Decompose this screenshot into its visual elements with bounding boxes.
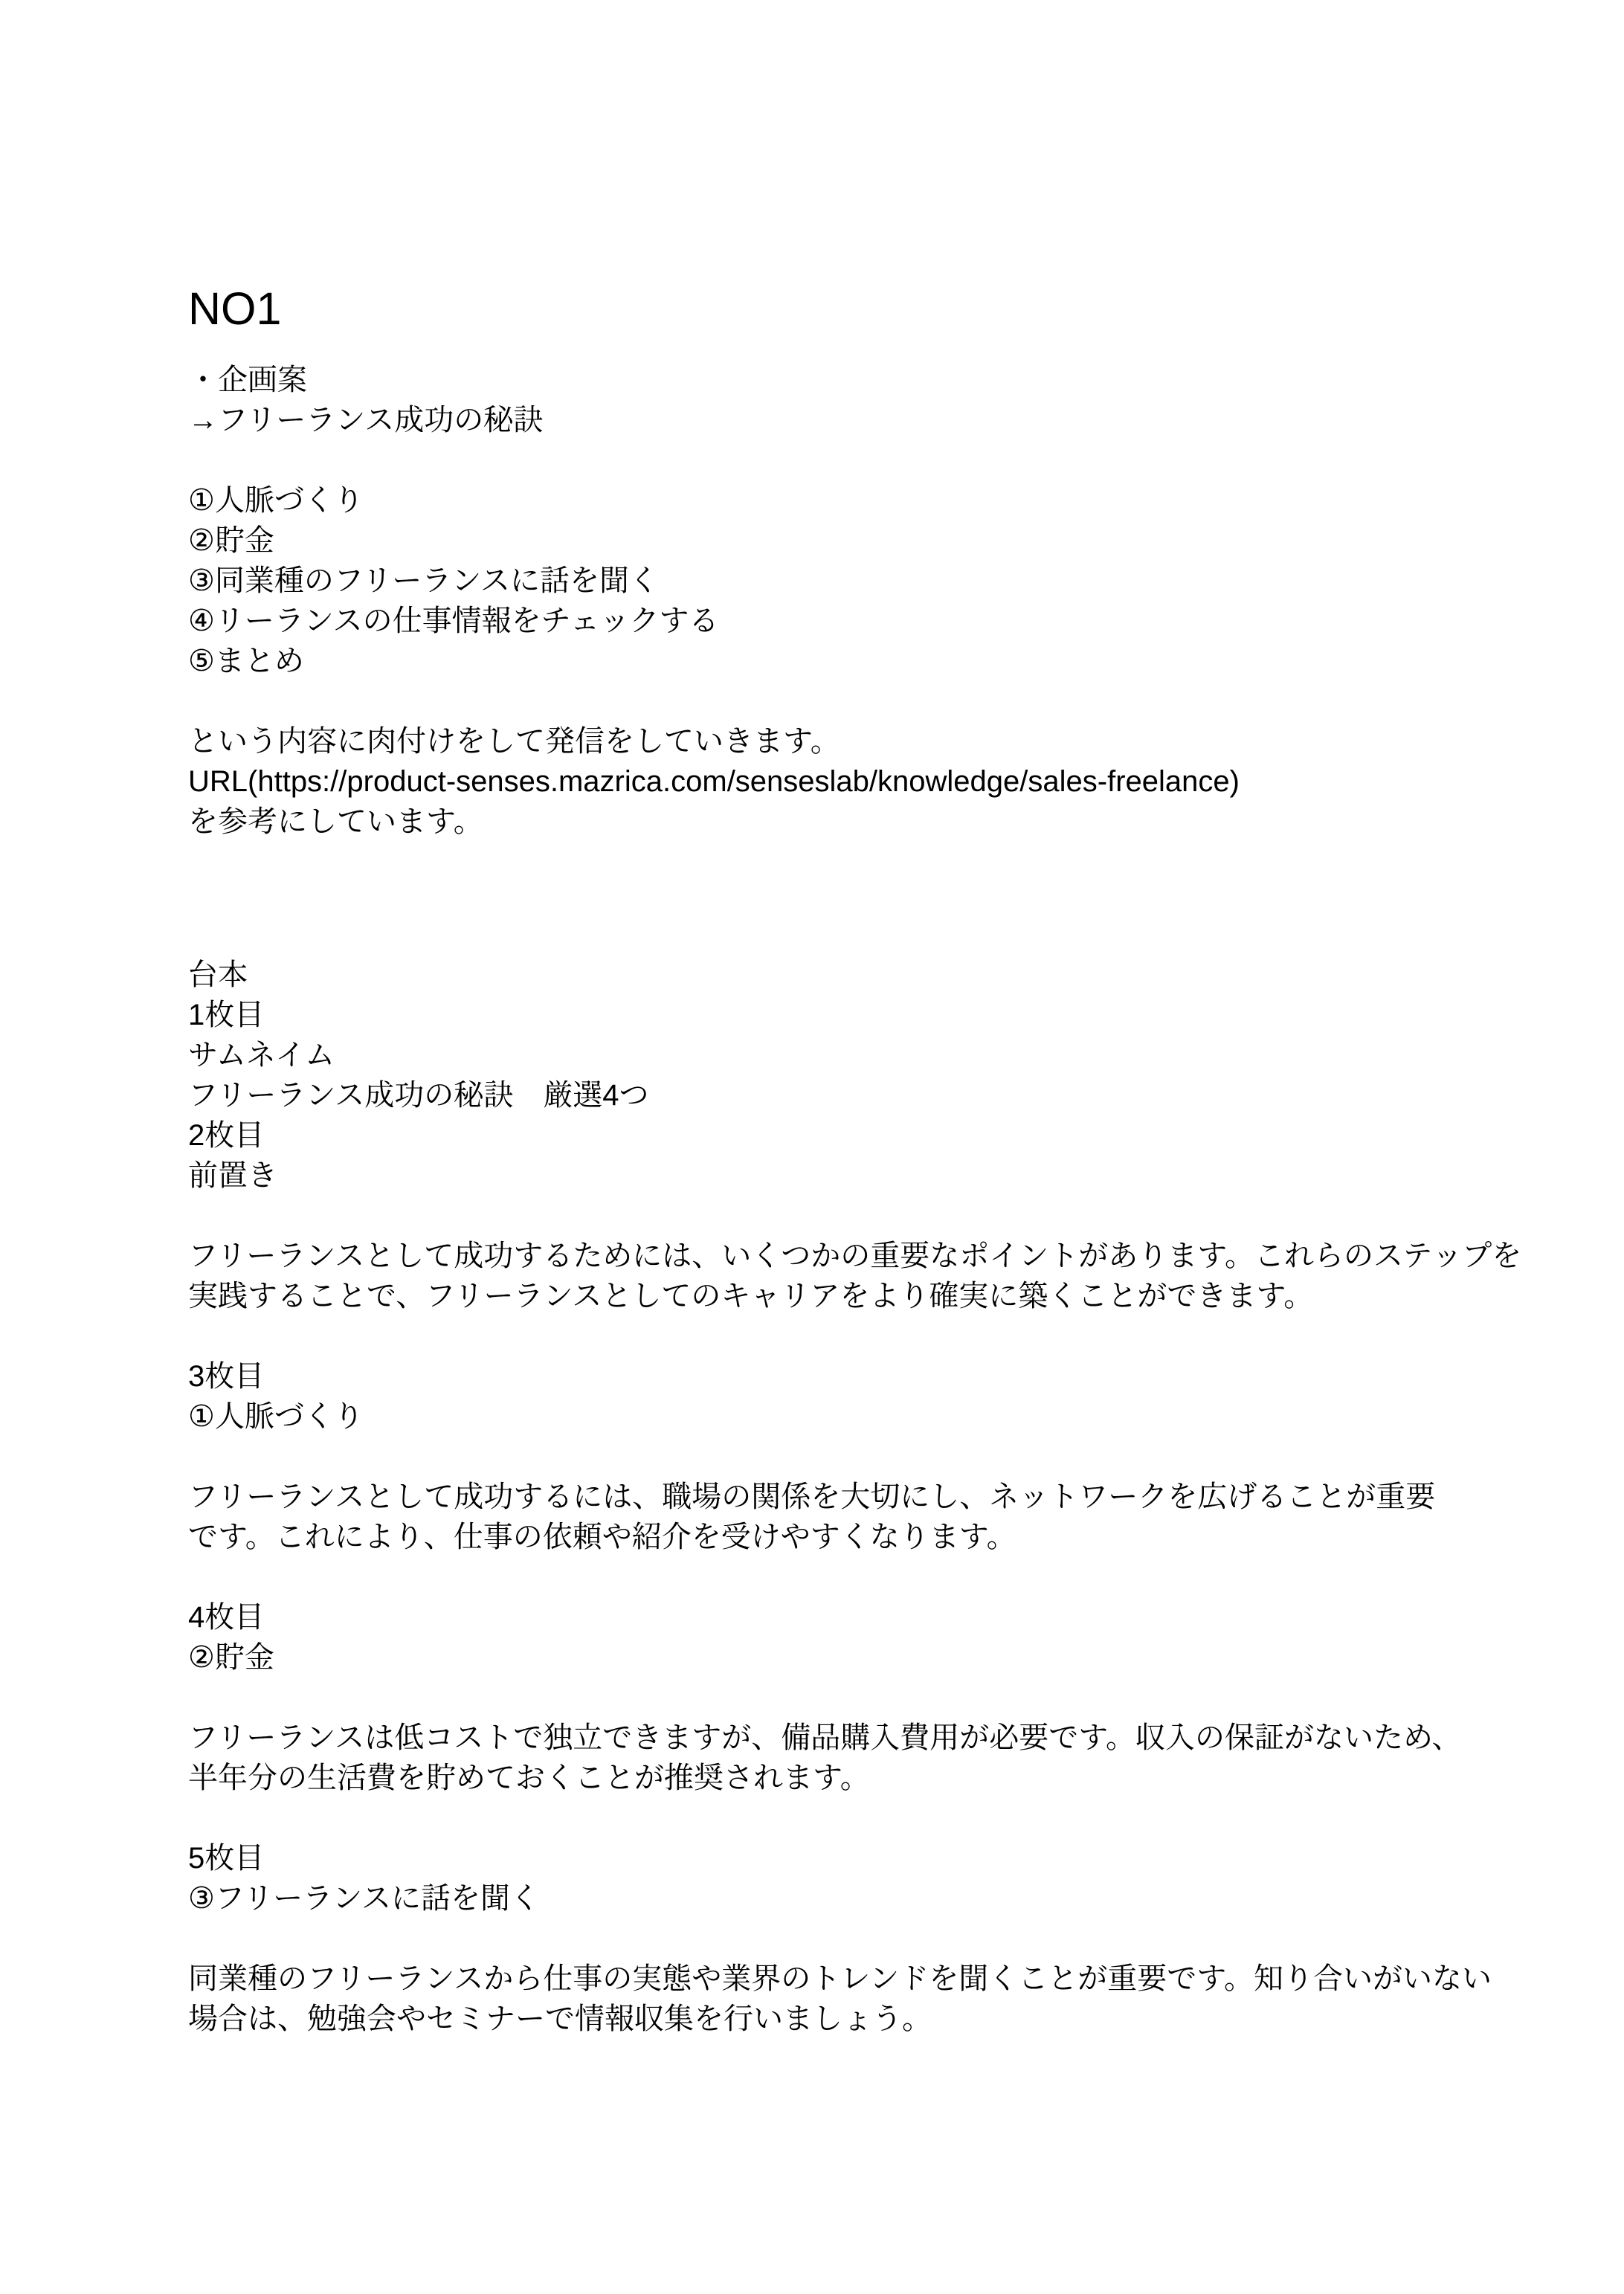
slide2-subheading: 前置き (188, 1156, 1550, 1196)
doc-title: NO1 (188, 282, 1550, 336)
slide2-paragraph: フリーランスとして成功するためには、いくつかの重要なポイントがあります。これらの… (188, 1236, 1550, 1316)
plan-note: という内容に肉付けをして発信をしていきます。 URL(https://produ… (188, 721, 1550, 842)
thumbnail-title: フリーランス成功の秘訣 厳選4つ (188, 1075, 1550, 1115)
slide1-label: 1枚目 (188, 995, 1550, 1035)
spacer-large (188, 842, 1550, 955)
slide4-paragraph: フリーランスは低コストで独立できますが、備品購入費用が必要です。収入の保証がない… (188, 1718, 1550, 1798)
slide4-label: 4枚目 (188, 1597, 1550, 1637)
slide3-label: 3枚目 (188, 1356, 1550, 1396)
spacer (188, 440, 1550, 480)
spacer (188, 1437, 1550, 1477)
slide2-para-line-1: フリーランスとして成功するためには、いくつかの重要なポイントがあります。これらの… (188, 1236, 1550, 1276)
plan-arrow-line: →フリーランス成功の秘訣 (188, 400, 1550, 440)
slide5-subheading: ③フリーランスに話を聞く (188, 1878, 1550, 1918)
slide3-para-line-2: です。これにより、仕事の依頼や紹介を受けやすくなります。 (188, 1517, 1550, 1557)
slide3-header-block: 3枚目 ①人脈づくり (188, 1356, 1550, 1437)
slide5-para-line-2: 場合は、勉強会やセミナーで情報収集を行いましょう。 (188, 1999, 1550, 2039)
spacer (188, 1798, 1550, 1838)
slide2-para-line-2: 実践することで、フリーランスとしてのキャリアをより確実に築くことができます。 (188, 1276, 1550, 1316)
spacer (188, 681, 1550, 721)
spacer (188, 1316, 1550, 1356)
outline-item-1: ①人脈づくり (188, 480, 1550, 521)
document-page: NO1 ・企画案 →フリーランス成功の秘訣 ①人脈づくり ②貯金 ③同業種のフリ… (0, 0, 1624, 2294)
slide2-label: 2枚目 (188, 1115, 1550, 1156)
note-url-line: URL(https://product-senses.mazrica.com/s… (188, 761, 1550, 802)
note-line-1: という内容に肉付けをして発信をしていきます。 (188, 721, 1550, 761)
slide3-subheading: ①人脈づくり (188, 1396, 1550, 1437)
slide5-header-block: 5枚目 ③フリーランスに話を聞く (188, 1838, 1550, 1918)
slide5-paragraph: 同業種のフリーランスから仕事の実態や業界のトレンドを聞くことが重要です。知り合い… (188, 1959, 1550, 2039)
script-heading: 台本 (188, 955, 1550, 995)
slide4-para-line-2: 半年分の生活費を貯めておくことが推奨されます。 (188, 1758, 1550, 1798)
slide5-label: 5枚目 (188, 1838, 1550, 1878)
outline-item-4: ④リーランスの仕事情報をチェックする (188, 601, 1550, 641)
script-header-block: 台本 1枚目 サムネイム フリーランス成功の秘訣 厳選4つ 2枚目 前置き (188, 955, 1550, 1196)
outline-item-5: ⑤まとめ (188, 641, 1550, 681)
thumbnail-label: サムネイム (188, 1035, 1550, 1075)
outline-item-3: ③同業種のフリーランスに話を聞く (188, 561, 1550, 601)
spacer (188, 1557, 1550, 1597)
outline-item-2: ②貯金 (188, 521, 1550, 561)
spacer (188, 1196, 1550, 1236)
slide4-subheading: ②貯金 (188, 1637, 1550, 1678)
slide5-para-line-1: 同業種のフリーランスから仕事の実態や業界のトレンドを聞くことが重要です。知り合い… (188, 1959, 1550, 1999)
spacer (188, 1918, 1550, 1959)
plan-bullet-line: ・企画案 (188, 360, 1550, 400)
spacer (188, 1678, 1550, 1718)
outline-list: ①人脈づくり ②貯金 ③同業種のフリーランスに話を聞く ④リーランスの仕事情報を… (188, 480, 1550, 681)
slide3-paragraph: フリーランスとして成功するには、職場の関係を大切にし、ネットワークを広げることが… (188, 1477, 1550, 1557)
slide3-para-line-1: フリーランスとして成功するには、職場の関係を大切にし、ネットワークを広げることが… (188, 1477, 1550, 1517)
slide4-para-line-1: フリーランスは低コストで独立できますが、備品購入費用が必要です。収入の保証がない… (188, 1718, 1550, 1758)
note-line-3: を参考にしています。 (188, 802, 1550, 842)
plan-section: ・企画案 →フリーランス成功の秘訣 (188, 360, 1550, 440)
slide4-header-block: 4枚目 ②貯金 (188, 1597, 1550, 1678)
